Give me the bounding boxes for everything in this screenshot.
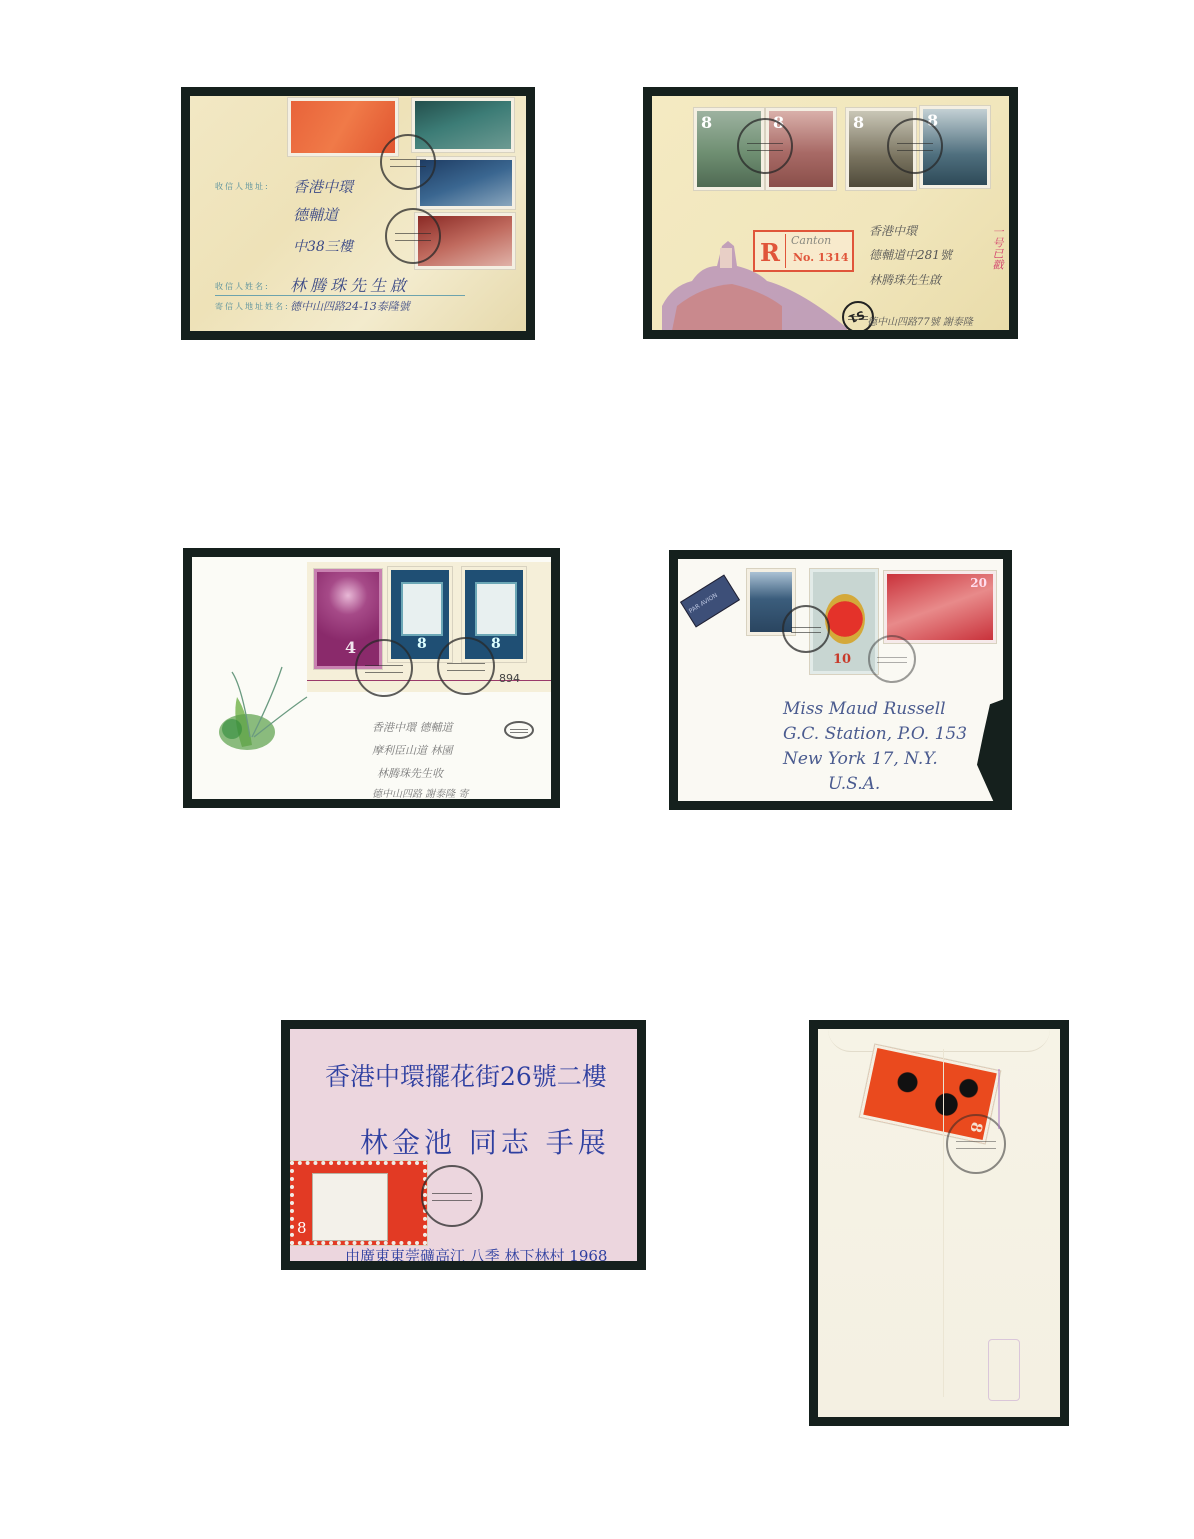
handwritten-address-line: 香港中環 xyxy=(869,222,917,239)
stamp-denomination: 20 xyxy=(970,576,987,590)
handwritten-address-line: U.S.A. xyxy=(828,774,880,794)
handwritten-address-line: 香港中環擺花街26號二樓 xyxy=(325,1057,607,1093)
stamp: 20 xyxy=(884,571,996,643)
handwritten-address-line: Miss Maud Russell xyxy=(783,699,946,719)
handwritten-recipient-name: 林腾珠先生收 xyxy=(377,765,443,781)
stamp-denomination: 8 xyxy=(491,636,501,652)
envelope-front: 收信人地址: 收信人姓名: 寄信人地址姓名: 香港中環 德輔道 中38三樓 林腾… xyxy=(190,96,526,331)
national-emblem xyxy=(825,594,865,644)
orchid-cachet xyxy=(212,657,312,752)
stamp xyxy=(288,98,398,156)
stamp-denomination: 10 xyxy=(833,652,851,667)
handwritten-address-line: 香港中環 德輔道 xyxy=(372,719,453,735)
airmail-label-text: PAR AVION xyxy=(688,592,719,615)
handwritten-sender: 德中山四路 謝泰隆 寄 xyxy=(372,785,468,799)
sheet-margin-number: 894 xyxy=(499,672,520,685)
postmark xyxy=(782,605,830,653)
handwritten-address-line: 摩利臣山道 林園 xyxy=(372,742,453,758)
cover-5: 香港中環擺花街26號二樓 林金池 同志 手展 8 由廣東東莞礦高江 八季 林下林… xyxy=(281,1020,646,1270)
sender-label: 寄信人地址姓名: xyxy=(215,301,290,312)
cover-6: 8 xyxy=(809,1020,1069,1426)
stamp-denomination: 8 xyxy=(297,1219,307,1237)
handwritten-address-line: 德輔道中281號 xyxy=(869,246,952,263)
envelope-front: 香港中環擺花街26號二樓 林金池 同志 手展 8 由廣東東莞礦高江 八季 林下林… xyxy=(290,1029,637,1261)
handwritten-recipient-name: 林金池 同志 手展 xyxy=(360,1121,610,1161)
recipient-name-label: 收信人姓名: xyxy=(215,281,270,292)
postmark xyxy=(421,1165,483,1227)
postmark xyxy=(887,118,943,174)
recipient-address-label: 收信人地址: xyxy=(215,181,270,192)
stamp-vignette xyxy=(475,582,517,636)
cover-1: 收信人地址: 收信人姓名: 寄信人地址姓名: 香港中環 德輔道 中38三樓 林腾… xyxy=(181,87,535,340)
stamp-poem-panel xyxy=(312,1173,388,1241)
censor-mark-text: S1 xyxy=(847,308,866,326)
stamp-denomination: 8 xyxy=(417,636,427,652)
handwritten-address-line: 德輔道 xyxy=(293,204,338,225)
violet-handstamp xyxy=(998,1069,1020,1129)
handwritten-recipient-name: 林腾珠先生啟 xyxy=(869,271,941,288)
airmail-label: PAR AVION xyxy=(680,575,740,628)
envelope-front: PAR AVION 10 20 Miss Maud Russell G.C. S… xyxy=(678,559,1003,801)
cover-3: 4 8 8 894 香港中環 德輔道 摩利臣山道 林園 林腾珠先生收 xyxy=(183,548,560,808)
illustrated-cachet xyxy=(662,236,847,330)
postmark xyxy=(380,134,436,190)
handwritten-address-line: 香港中環 xyxy=(293,176,353,197)
handwritten-sender: 德中山四路24-13泰隆號 xyxy=(290,298,410,314)
handwritten-sender: 由廣東東莞礦高江 八季 林下林村 1968 xyxy=(345,1245,607,1261)
handwritten-sender: 德中山四路77號 謝泰隆 xyxy=(867,313,973,328)
stamp: 8 xyxy=(290,1161,427,1245)
envelope-back: 8 xyxy=(818,1029,1060,1417)
postmark xyxy=(737,118,793,174)
handwritten-address-line: New York 17, N.Y. xyxy=(783,749,938,769)
handwritten-recipient-name: 林腾珠先生啟 xyxy=(290,273,410,296)
postmark xyxy=(385,208,441,264)
violet-handstamp xyxy=(988,1339,1020,1401)
envelope-front: 8 8 8 8 R Canton No. 1314 S1 xyxy=(652,96,1009,330)
postmark xyxy=(868,635,916,683)
postmark xyxy=(437,637,495,695)
envelope-front: 4 8 8 894 香港中環 德輔道 摩利臣山道 林園 林腾珠先生收 xyxy=(192,557,551,799)
handwritten-address-line: 中38三樓 xyxy=(293,236,353,256)
stamp-denomination: 8 xyxy=(853,113,864,132)
handwritten-address-line: G.C. Station, P.O. 153 xyxy=(783,724,967,744)
oval-handstamp xyxy=(504,721,534,739)
stamp-denomination: 8 xyxy=(701,113,712,132)
stamp-denomination: 4 xyxy=(345,638,356,657)
postmark xyxy=(946,1114,1006,1174)
handwritten-side-note: 一号已戳 xyxy=(989,226,1005,270)
cover-2: 8 8 8 8 R Canton No. 1314 S1 xyxy=(643,87,1018,339)
stamp-vignette xyxy=(401,582,443,636)
postmark xyxy=(355,639,413,697)
cover-4: PAR AVION 10 20 Miss Maud Russell G.C. S… xyxy=(669,550,1012,810)
